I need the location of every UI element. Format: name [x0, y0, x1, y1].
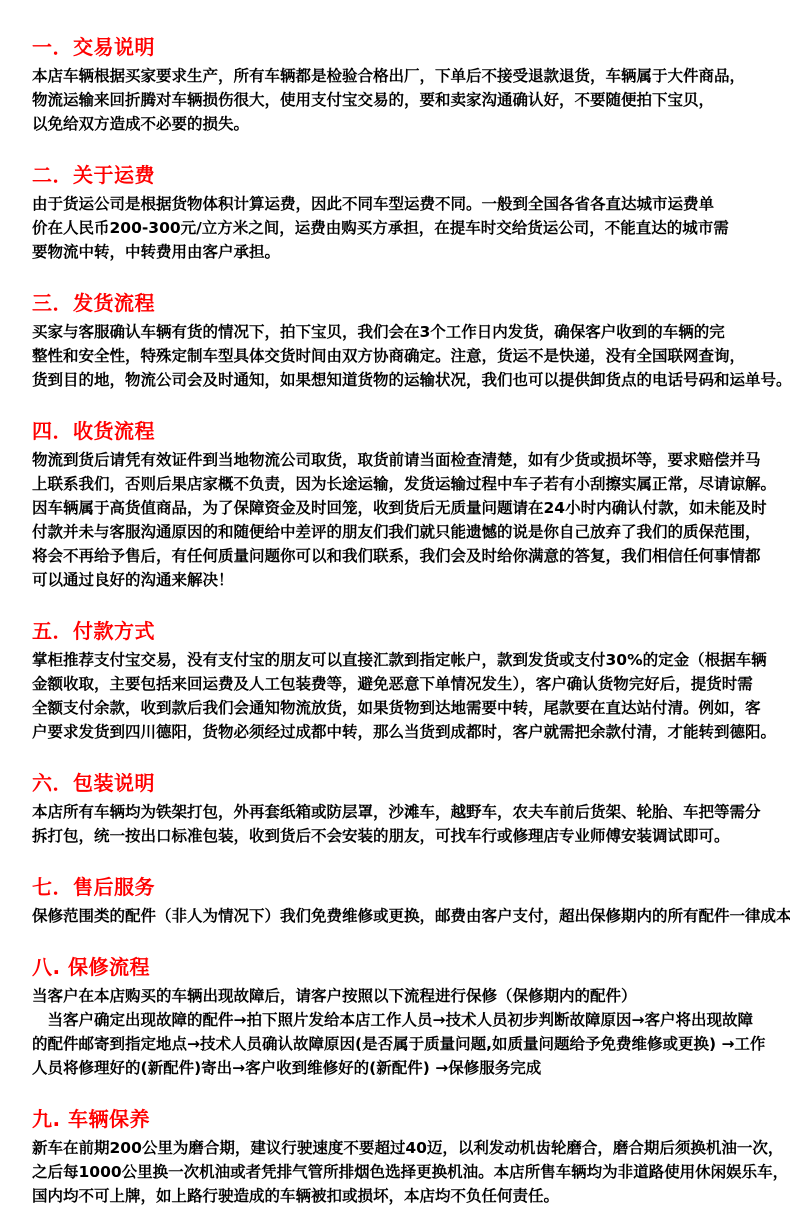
- section-body: 新车在前期200公里为磨合期，建议行驶速度不要超过40迈，以利发动机齿轮磨合，磨…: [32, 1136, 774, 1208]
- text-line: 以免给双方造成不必要的损失。: [32, 112, 774, 136]
- section-heading: 一．交易说明: [32, 36, 774, 58]
- section-dispatch-process: 三．发货流程 买家与客服确认车辆有货的情况下，拍下宝贝，我们会在3个工作日内发货…: [32, 292, 774, 392]
- text-line: 物流到货后请凭有效证件到当地物流公司取货，取货前请当面检查清楚，如有少货或损坏等…: [32, 448, 774, 472]
- text-line: 因车辆属于高货值商品，为了保障资金及时回笼，收到货后无质量问题请在24小时内确认…: [32, 496, 774, 520]
- text-line: 拆打包，统一按出口标准包装，收到货后不会安装的朋友，可找车行或修理店专业师傅安装…: [32, 824, 774, 848]
- text-line: 户要求发货到四川德阳，货物必须经过成都中转，那么当货到成都时，客户就需把余款付清…: [32, 720, 774, 744]
- text-line: 人员将修理好的(新配件)寄出→客户收到维修好的(新配件) →保修服务完成: [32, 1056, 774, 1080]
- text-line: 物流运输来回折腾对车辆损伤很大，使用支付宝交易的，要和卖家沟通确认好，不要随便拍…: [32, 88, 774, 112]
- section-heading: 八. 保修流程: [32, 956, 774, 978]
- text-line: 当客户确定出现故障的配件→拍下照片发给本店工作人员→技术人员初步判断故障原因→客…: [32, 1008, 774, 1032]
- section-vehicle-maintenance: 九. 车辆保养 新车在前期200公里为磨合期，建议行驶速度不要超过40迈，以利发…: [32, 1108, 774, 1208]
- text-line: 整性和安全性，特殊定制车型具体交货时间由双方协商确定。注意，货运不是快递，没有全…: [32, 344, 774, 368]
- section-body: 掌柜推荐支付宝交易，没有支付宝的朋友可以直接汇款到指定帐户，款到发货或支付30%…: [32, 648, 774, 744]
- section-shipping-fee: 二．关于运费 由于货运公司是根据货物体积计算运费，因此不同车型运费不同。一般到全…: [32, 164, 774, 264]
- text-line: 全额支付余款，收到款后我们会通知物流放货，如果货物到达地需要中转，尾款要在直达站…: [32, 696, 774, 720]
- section-heading: 七．售后服务: [32, 876, 774, 898]
- section-after-sales: 七．售后服务 保修范围类的配件（非人为情况下）我们免费维修或更换，邮费由客户支付…: [32, 876, 774, 928]
- text-line: 价在人民币200-300元/立方米之间，运费由购买方承担，在提车时交给货运公司，…: [32, 216, 774, 240]
- text-line: 的配件邮寄到指定地点→技术人员确认故障原因(是否属于质量问题,如质量问题给予免费…: [32, 1032, 774, 1056]
- section-packaging: 六．包装说明 本店所有车辆均为铁架打包，外再套纸箱或防层罩，沙滩车，越野车，农夫…: [32, 772, 774, 848]
- text-line: 之后每1000公里换一次机油或者凭排气管所排烟色选择更换机油。本店所售车辆均为非…: [32, 1160, 774, 1184]
- text-line: 金额收取，主要包括来回运费及人工包装费等，避免恶意下单情况发生），客户确认货物完…: [32, 672, 774, 696]
- text-line: 买家与客服确认车辆有货的情况下，拍下宝贝，我们会在3个工作日内发货，确保客户收到…: [32, 320, 774, 344]
- text-line: 付款并未与客服沟通原因的和随便给中差评的朋友们我们就只能遗憾的说是你自己放弃了我…: [32, 520, 774, 544]
- text-line: 国内均不可上牌，如上路行驶造成的车辆被扣或损坏，本店均不负任何责任。: [32, 1184, 774, 1208]
- section-body: 本店所有车辆均为铁架打包，外再套纸箱或防层罩，沙滩车，越野车，农夫车前后货架、轮…: [32, 800, 774, 848]
- text-line: 上联系我们，否则后果店家概不负责，因为长途运输，发货运输过程中车子若有小刮擦实属…: [32, 472, 774, 496]
- text-line: 掌柜推荐支付宝交易，没有支付宝的朋友可以直接汇款到指定帐户，款到发货或支付30%…: [32, 648, 774, 672]
- text-line: 可以通过良好的沟通来解决！: [32, 568, 774, 592]
- section-heading: 六．包装说明: [32, 772, 774, 794]
- text-line: 货到目的地，物流公司会及时通知，如果想知道货物的运输状况，我们也可以提供卸货点的…: [32, 368, 774, 392]
- section-payment-methods: 五．付款方式 掌柜推荐支付宝交易，没有支付宝的朋友可以直接汇款到指定帐户，款到发…: [32, 620, 774, 744]
- section-heading: 五．付款方式: [32, 620, 774, 642]
- text-line: 保修范围类的配件（非人为情况下）我们免费维修或更换，邮费由客户支付，超出保修期内…: [32, 904, 774, 928]
- section-body: 买家与客服确认车辆有货的情况下，拍下宝贝，我们会在3个工作日内发货，确保客户收到…: [32, 320, 774, 392]
- section-body: 物流到货后请凭有效证件到当地物流公司取货，取货前请当面检查清楚，如有少货或损坏等…: [32, 448, 774, 592]
- section-body: 保修范围类的配件（非人为情况下）我们免费维修或更换，邮费由客户支付，超出保修期内…: [32, 904, 774, 928]
- text-line: 当客户在本店购买的车辆出现故障后，请客户按照以下流程进行保修（保修期内的配件）: [32, 984, 774, 1008]
- section-heading: 二．关于运费: [32, 164, 774, 186]
- section-transaction-notes: 一．交易说明 本店车辆根据买家要求生产，所有车辆都是检验合格出厂，下单后不接受退…: [32, 36, 774, 136]
- section-warranty-process: 八. 保修流程 当客户在本店购买的车辆出现故障后，请客户按照以下流程进行保修（保…: [32, 956, 774, 1080]
- text-line: 要物流中转，中转费用由客户承担。: [32, 240, 774, 264]
- text-line: 新车在前期200公里为磨合期，建议行驶速度不要超过40迈，以利发动机齿轮磨合，磨…: [32, 1136, 774, 1160]
- product-description-page: 一．交易说明 本店车辆根据买家要求生产，所有车辆都是检验合格出厂，下单后不接受退…: [0, 0, 790, 1208]
- section-receiving-process: 四．收货流程 物流到货后请凭有效证件到当地物流公司取货，取货前请当面检查清楚，如…: [32, 420, 774, 592]
- text-line: 将会不再给予售后，有任何质量问题你可以和我们联系，我们会及时给你满意的答复，我们…: [32, 544, 774, 568]
- text-line: 本店所有车辆均为铁架打包，外再套纸箱或防层罩，沙滩车，越野车，农夫车前后货架、轮…: [32, 800, 774, 824]
- text-line: 本店车辆根据买家要求生产，所有车辆都是检验合格出厂，下单后不接受退款退货，车辆属…: [32, 64, 774, 88]
- text-line: 由于货运公司是根据货物体积计算运费，因此不同车型运费不同。一般到全国各省各直达城…: [32, 192, 774, 216]
- section-heading: 四．收货流程: [32, 420, 774, 442]
- section-body: 当客户在本店购买的车辆出现故障后，请客户按照以下流程进行保修（保修期内的配件） …: [32, 984, 774, 1080]
- section-body: 本店车辆根据买家要求生产，所有车辆都是检验合格出厂，下单后不接受退款退货，车辆属…: [32, 64, 774, 136]
- section-heading: 三．发货流程: [32, 292, 774, 314]
- section-heading: 九. 车辆保养: [32, 1108, 774, 1130]
- section-body: 由于货运公司是根据货物体积计算运费，因此不同车型运费不同。一般到全国各省各直达城…: [32, 192, 774, 264]
